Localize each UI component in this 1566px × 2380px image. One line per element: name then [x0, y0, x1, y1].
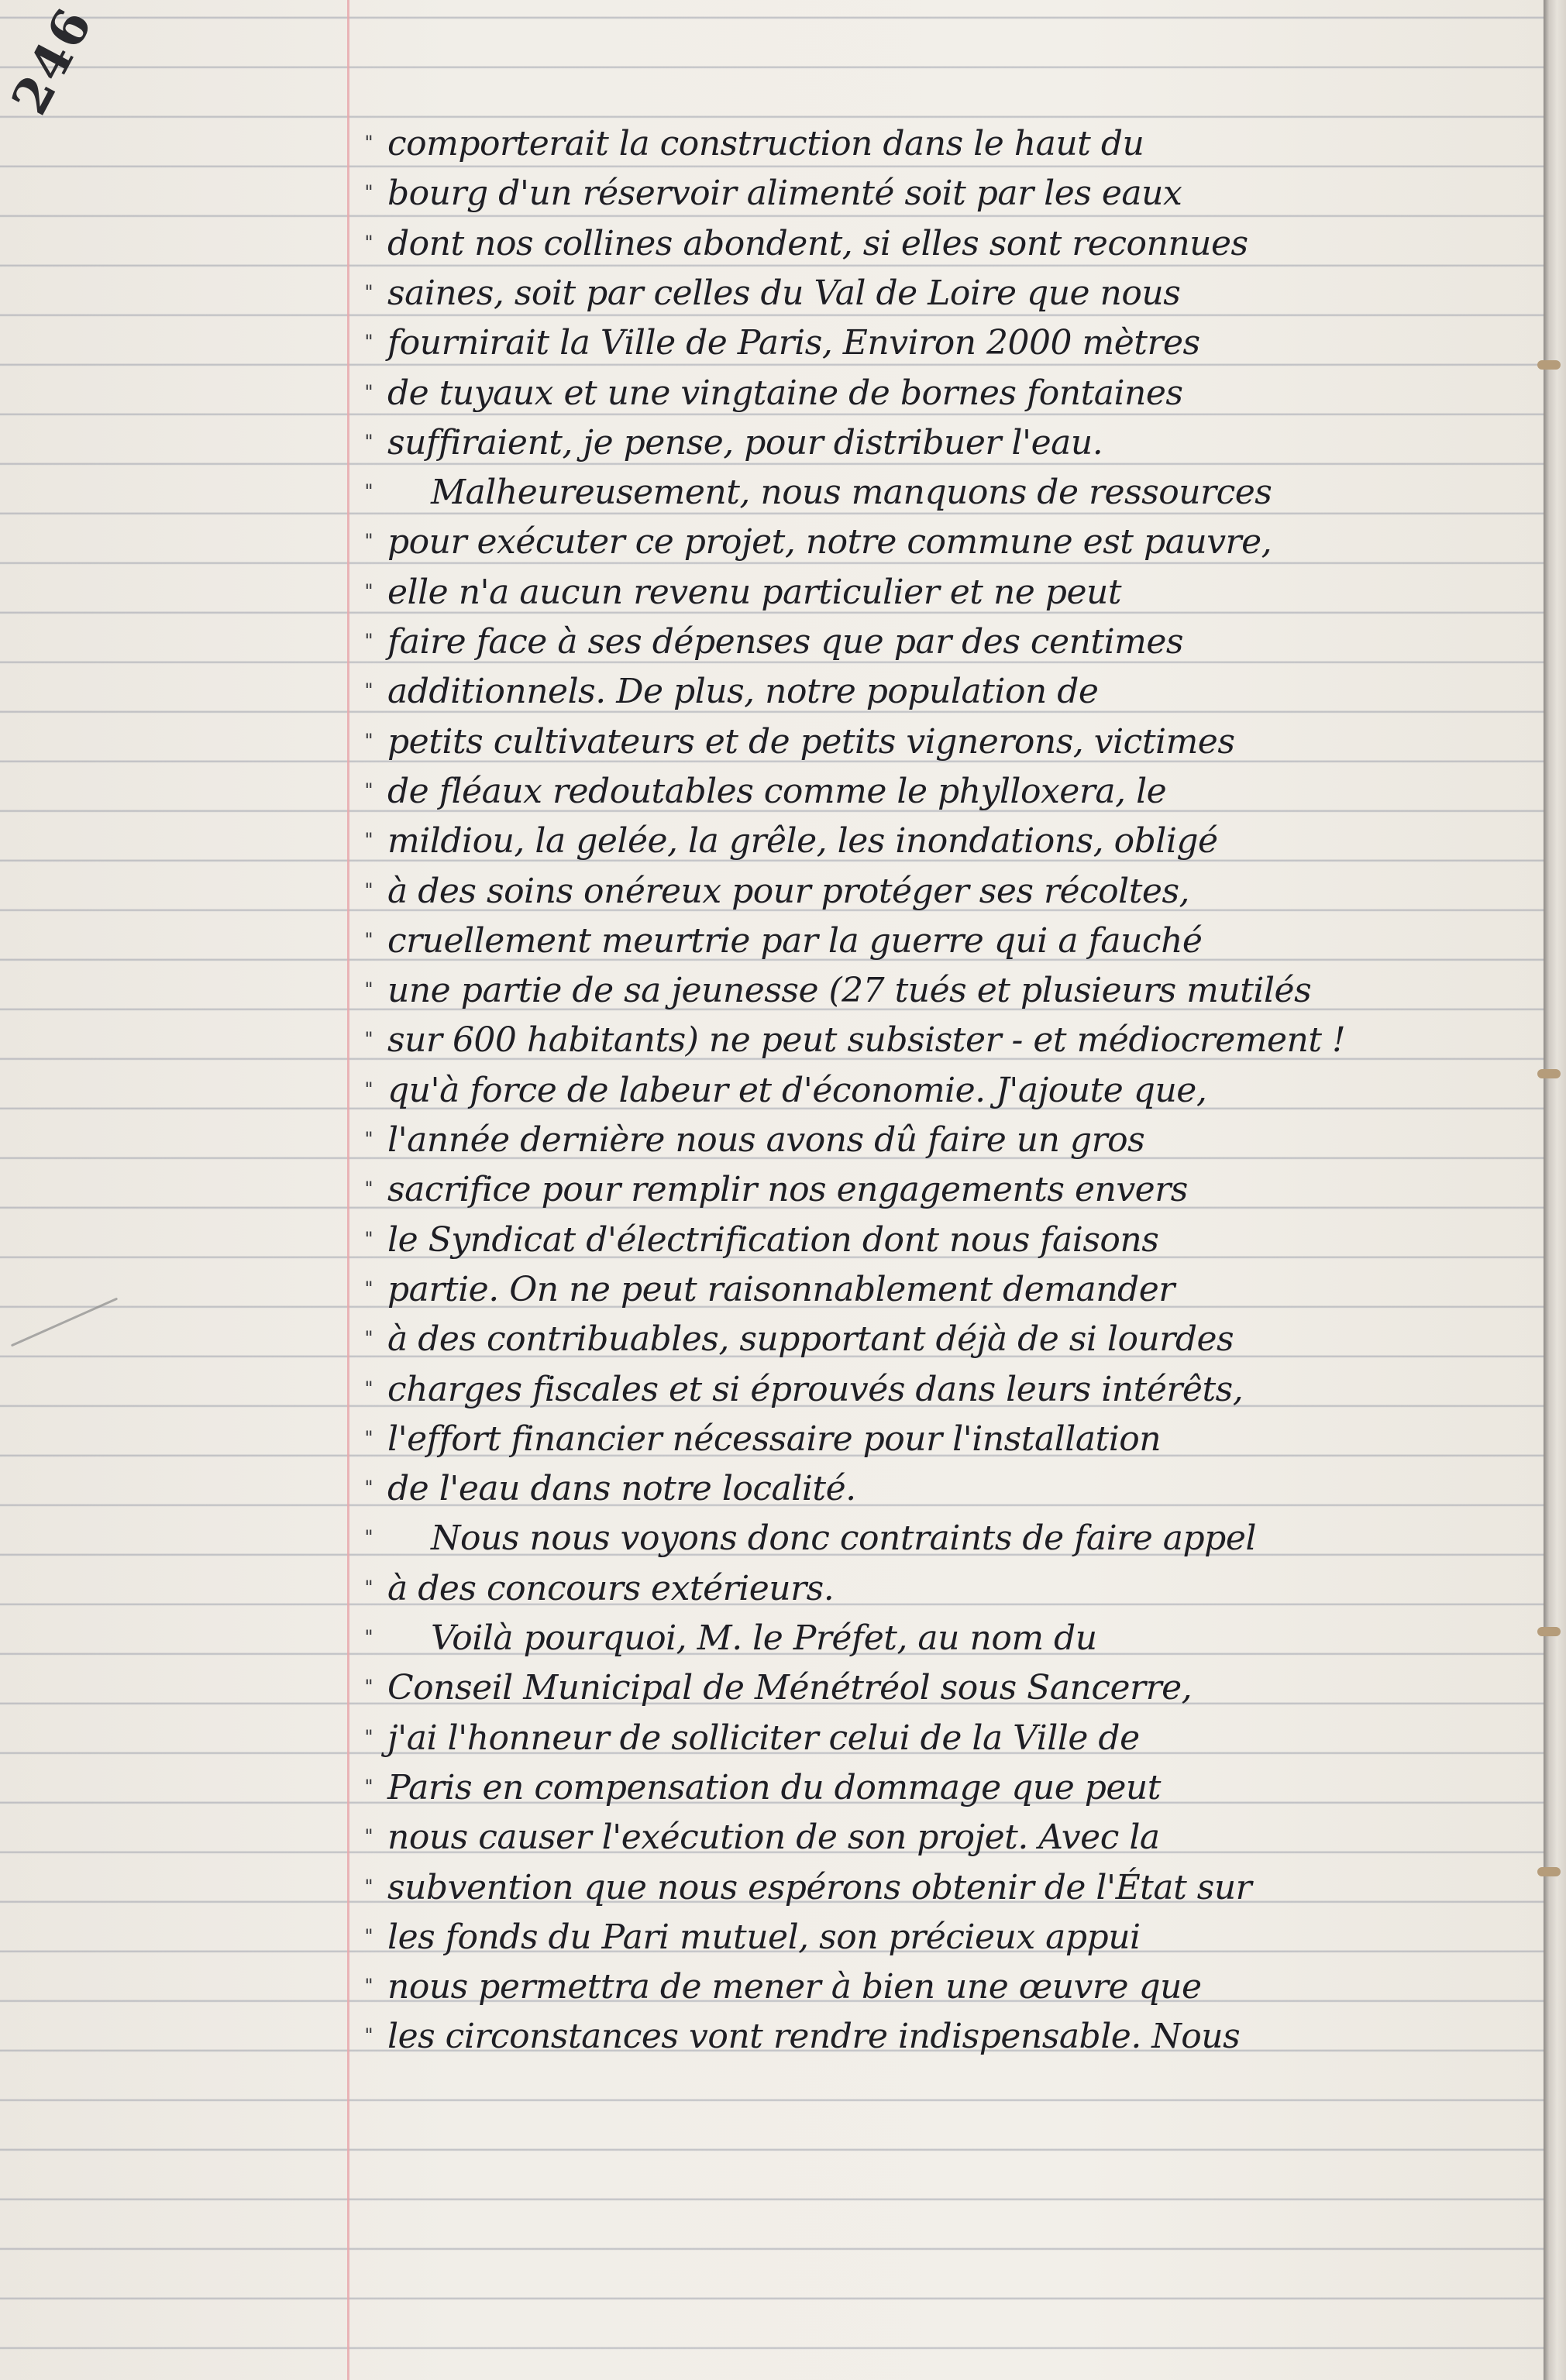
line-text: de l'eau dans notre localité. [387, 1472, 856, 1511]
text-line: "les circonstances vont rendre indispens… [350, 2009, 1544, 2058]
margin-quote-mark: " [350, 978, 387, 1013]
line-text: additionnels. De plus, notre population … [387, 675, 1098, 714]
text-line: "de fléaux redoutables comme le phylloxe… [350, 764, 1544, 813]
line-text: Nous nous voyons donc contraints de fair… [387, 1522, 1256, 1560]
margin-quote-mark: " [350, 1078, 387, 1113]
line-text: charges fiscales et si éprouvés dans leu… [387, 1373, 1243, 1412]
margin-quote-mark: " [350, 431, 387, 465]
margin-quote-mark: " [350, 779, 387, 813]
binding-thread-knot [1537, 360, 1561, 370]
red-margin-line [347, 0, 349, 2380]
line-text: bourg d'un réservoir alimenté soit par l… [387, 177, 1182, 215]
ledger-page: 246 "comporterait la construction dans l… [0, 0, 1544, 2380]
margin-quote-mark: " [350, 879, 387, 913]
text-line: "Nous nous voyons donc contraints de fai… [350, 1511, 1544, 1560]
margin-quote-mark: " [350, 630, 387, 664]
margin-quote-mark: " [350, 2024, 387, 2058]
text-line: "pour exécuter ce projet, notre commune … [350, 514, 1544, 564]
text-line: "fournirait la Ville de Paris, Environ 2… [350, 315, 1544, 365]
text-line: "sacrifice pour remplir nos engagements … [350, 1162, 1544, 1212]
margin-quote-mark: " [350, 281, 387, 315]
margin-quote-mark: " [350, 1975, 387, 2009]
margin-quote-mark: " [350, 530, 387, 564]
line-text: sacrifice pour remplir nos engagements e… [387, 1173, 1188, 1212]
line-text: Conseil Municipal de Ménétréol sous Sanc… [387, 1671, 1192, 1710]
binding-thread-knot [1537, 1069, 1561, 1078]
text-line: "à des soins onéreux pour protéger ses r… [350, 864, 1544, 913]
text-line: "petits cultivateurs et de petits vigner… [350, 714, 1544, 764]
text-line: "mildiou, la gelée, la grêle, les inonda… [350, 813, 1544, 863]
margin-quote-mark: " [350, 1327, 387, 1361]
text-line: "partie. On ne peut raisonnablement dema… [350, 1262, 1544, 1312]
line-text: à des contribuables, supportant déjà de … [387, 1322, 1234, 1361]
margin-quote-mark: " [350, 1726, 387, 1760]
line-text: de tuyaux et une vingtaine de bornes fon… [387, 377, 1183, 415]
margin-quote-mark: " [350, 381, 387, 415]
text-line: "l'année dernière nous avons dû faire un… [350, 1113, 1544, 1162]
margin-quote-mark: " [350, 1577, 387, 1611]
margin-quote-mark: " [350, 1825, 387, 1859]
text-line: "additionnels. De plus, notre population… [350, 664, 1544, 714]
line-text: nous causer l'exécution de son projet. A… [387, 1821, 1160, 1859]
text-line: "suffiraient, je pense, pour distribuer … [350, 415, 1544, 465]
text-line: "elle n'a aucun revenu particulier et ne… [350, 565, 1544, 614]
margin-quote-mark: " [350, 181, 387, 215]
line-text: cruellement meurtrie par la guerre qui a… [387, 924, 1202, 963]
line-text: de fléaux redoutables comme le phylloxer… [387, 775, 1166, 813]
text-line: "j'ai l'honneur de solliciter celui de l… [350, 1711, 1544, 1760]
line-text: saines, soit par celles du Val de Loire … [387, 277, 1180, 315]
text-line: "Conseil Municipal de Ménétréol sous San… [350, 1660, 1544, 1710]
text-line: "faire face à ses dépenses que par des c… [350, 614, 1544, 664]
margin-quote-mark: " [350, 829, 387, 863]
margin-quote-mark: " [350, 480, 387, 514]
margin-quote-mark: " [350, 1876, 387, 1910]
margin-quote-mark: " [350, 1028, 387, 1062]
line-text: à des concours extérieurs. [387, 1572, 834, 1611]
line-text: les fonds du Pari mutuel, son précieux a… [387, 1921, 1141, 1959]
text-line: "Paris en compensation du dommage que pe… [350, 1760, 1544, 1810]
line-text: mildiou, la gelée, la grêle, les inondat… [387, 824, 1218, 863]
text-line: "les fonds du Pari mutuel, son précieux … [350, 1910, 1544, 1959]
text-line: "nous causer l'exécution de son projet. … [350, 1810, 1544, 1859]
text-line: "une partie de sa jeunesse (27 tués et p… [350, 963, 1544, 1013]
line-text: faire face à ses dépenses que par des ce… [387, 625, 1183, 664]
line-text: partie. On ne peut raisonnablement deman… [387, 1273, 1175, 1312]
text-line: "à des contribuables, supportant déjà de… [350, 1312, 1544, 1361]
book-binding-edge [1544, 0, 1566, 2380]
text-line: "le Syndicat d'électrification dont nous… [350, 1212, 1544, 1262]
margin-quote-mark: " [350, 1676, 387, 1710]
line-text: Voilà pourquoi, M. le Préfet, au nom du [387, 1622, 1097, 1660]
text-line: "dont nos collines abondent, si elles so… [350, 216, 1544, 266]
line-text: Malheureusement, nous manquons de ressou… [387, 476, 1272, 514]
margin-quote-mark: " [350, 132, 387, 166]
margin-quote-mark: " [350, 1626, 387, 1660]
margin-quote-mark: " [350, 1178, 387, 1212]
margin-quote-mark: " [350, 232, 387, 266]
text-line: "l'effort financier nécessaire pour l'in… [350, 1412, 1544, 1461]
line-text: fournirait la Ville de Paris, Environ 20… [387, 326, 1200, 365]
margin-quote-mark: " [350, 1128, 387, 1162]
line-text: elle n'a aucun revenu particulier et ne … [387, 576, 1121, 614]
line-text: sur 600 habitants) ne peut subsister - e… [387, 1023, 1345, 1062]
line-text: subvention que nous espérons obtenir de … [387, 1871, 1251, 1910]
text-line: "qu'à force de labeur et d'économie. J'a… [350, 1063, 1544, 1113]
margin-quote-mark: " [350, 331, 387, 365]
text-line: "saines, soit par celles du Val de Loire… [350, 266, 1544, 315]
margin-quote-mark: " [350, 1427, 387, 1461]
line-text: suffiraient, je pense, pour distribuer l… [387, 426, 1103, 465]
line-text: le Syndicat d'électrification dont nous … [387, 1223, 1158, 1262]
margin-quote-mark: " [350, 1776, 387, 1810]
line-text: une partie de sa jeunesse (27 tués et pl… [387, 974, 1311, 1013]
margin-quote-mark: " [350, 929, 387, 963]
margin-quote-mark: " [350, 1925, 387, 1959]
text-line: "subvention que nous espérons obtenir de… [350, 1860, 1544, 1910]
line-text: qu'à force de labeur et d'économie. J'aj… [387, 1074, 1206, 1113]
line-text: l'effort financier nécessaire pour l'ins… [387, 1422, 1161, 1461]
line-text: les circonstances vont rendre indispensa… [387, 2020, 1240, 2058]
line-text: Paris en compensation du dommage que peu… [387, 1771, 1161, 1810]
margin-quote-mark: " [350, 679, 387, 714]
text-line: "cruellement meurtrie par la guerre qui … [350, 913, 1544, 963]
line-text: petits cultivateurs et de petits vignero… [387, 725, 1234, 764]
margin-quote-mark: " [350, 1228, 387, 1262]
text-line: "Malheureusement, nous manquons de resso… [350, 465, 1544, 514]
margin-quote-mark: " [350, 1477, 387, 1511]
text-line: "Voilà pourquoi, M. le Préfet, au nom du [350, 1611, 1544, 1660]
binding-thread-knot [1537, 1867, 1561, 1876]
text-line: "charges fiscales et si éprouvés dans le… [350, 1362, 1544, 1412]
line-text: pour exécuter ce projet, notre commune e… [387, 525, 1272, 564]
text-line: "de tuyaux et une vingtaine de bornes fo… [350, 366, 1544, 415]
text-line: "bourg d'un réservoir alimenté soit par … [350, 166, 1544, 215]
margin-quote-mark: " [350, 1278, 387, 1312]
line-text: dont nos collines abondent, si elles son… [387, 227, 1248, 266]
margin-quote-mark: " [350, 1377, 387, 1412]
line-text: l'année dernière nous avons dû faire un … [387, 1123, 1144, 1162]
line-text: à des soins onéreux pour protéger ses ré… [387, 875, 1189, 913]
text-line: "de l'eau dans notre localité. [350, 1461, 1544, 1511]
margin-quote-mark: " [350, 1526, 387, 1560]
binding-thread-knot [1537, 1627, 1561, 1636]
line-text: nous permettra de mener à bien une œuvre… [387, 1970, 1202, 2009]
line-text: j'ai l'honneur de solliciter celui de la… [387, 1721, 1140, 1760]
margin-quote-mark: " [350, 580, 387, 614]
text-line: "à des concours extérieurs. [350, 1561, 1544, 1611]
text-line: "nous permettra de mener à bien une œuvr… [350, 1959, 1544, 2009]
text-line: "sur 600 habitants) ne peut subsister - … [350, 1013, 1544, 1062]
margin-quote-mark: " [350, 730, 387, 764]
text-line: "comporterait la construction dans le ha… [350, 116, 1544, 166]
line-text: comporterait la construction dans le hau… [387, 127, 1144, 166]
